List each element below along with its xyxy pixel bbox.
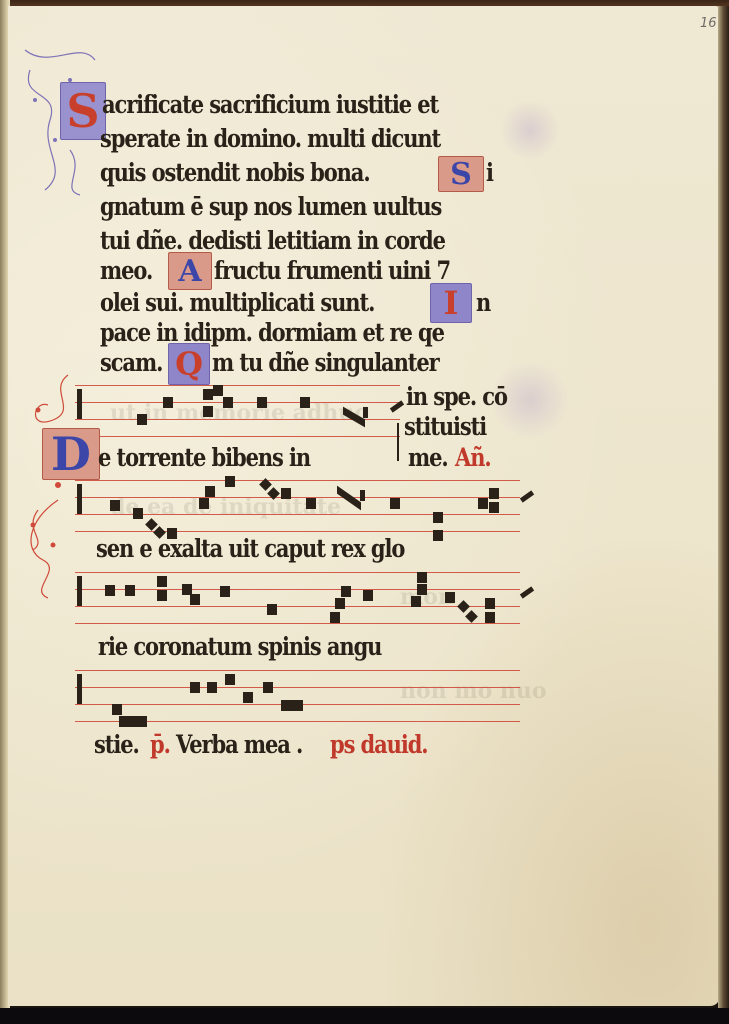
chant-side-text-3: me. — [408, 443, 448, 473]
text-line-2: sperate in domino. multi dicunt — [100, 124, 440, 154]
c-clef — [77, 484, 82, 514]
text-line-6b: fructu frumenti uini 7 — [214, 256, 450, 286]
initial-a-line-6: A — [168, 252, 212, 290]
text-line-9a: scam. — [100, 348, 162, 378]
chant-lyric-1: e torrente bibens in — [98, 443, 310, 473]
text-line-9b: m tu dñe singulanter — [212, 348, 439, 378]
psalm-rubric: p̄. — [150, 730, 170, 760]
text-line-5: tui dñe. dedisti letitiam in corde — [100, 226, 445, 256]
text-line-8: pace in idipm. dormiam et re qe — [100, 318, 444, 348]
text-line-4: gnatum ē sup nos lumen uultus — [100, 192, 441, 222]
page-fore-edge — [718, 6, 729, 1008]
music-staff-1 — [75, 385, 400, 439]
c-clef — [77, 389, 82, 419]
text-line-7-tail: n — [476, 288, 490, 318]
music-staff-2 — [75, 480, 520, 534]
initial-s-line-3: S — [438, 156, 484, 192]
chant-lyric-3: rie coronatum spinis angu — [98, 632, 381, 662]
chant-lyric-2: sen e exalta uit caput rex glo — [96, 534, 404, 564]
text-line-3: quis ostendit nobis bona. — [100, 158, 370, 188]
text-line-1: acrificate sacrificium iustitie et — [102, 90, 438, 120]
chant-side-text-1: in spe. cō — [406, 382, 507, 412]
text-line-6a: meo. — [100, 256, 152, 286]
c-clef — [77, 576, 82, 606]
ink-smudge — [500, 100, 560, 160]
psalm-attribution: ps dauid. — [330, 730, 428, 760]
psalm-incipit: Verba mea . — [176, 730, 302, 760]
text-line-7: olei sui. multiplicati sunt. — [100, 288, 374, 318]
text-line-3-tail: i — [486, 158, 493, 188]
initial-i-line-7: I — [430, 283, 472, 323]
book-bottom-edge — [0, 1008, 729, 1024]
chant-lyric-4: stie. — [94, 730, 139, 760]
antiphon-rubric: Añ. — [455, 443, 491, 473]
c-clef — [77, 674, 82, 704]
chant-side-text-2: stituisti — [404, 412, 486, 442]
folio-number: 16 — [700, 16, 717, 31]
music-staff-3 — [75, 572, 520, 626]
music-staff-4 — [75, 670, 520, 724]
initial-q-line-9: Q — [168, 343, 210, 385]
initial-d-chant: D — [42, 428, 100, 480]
